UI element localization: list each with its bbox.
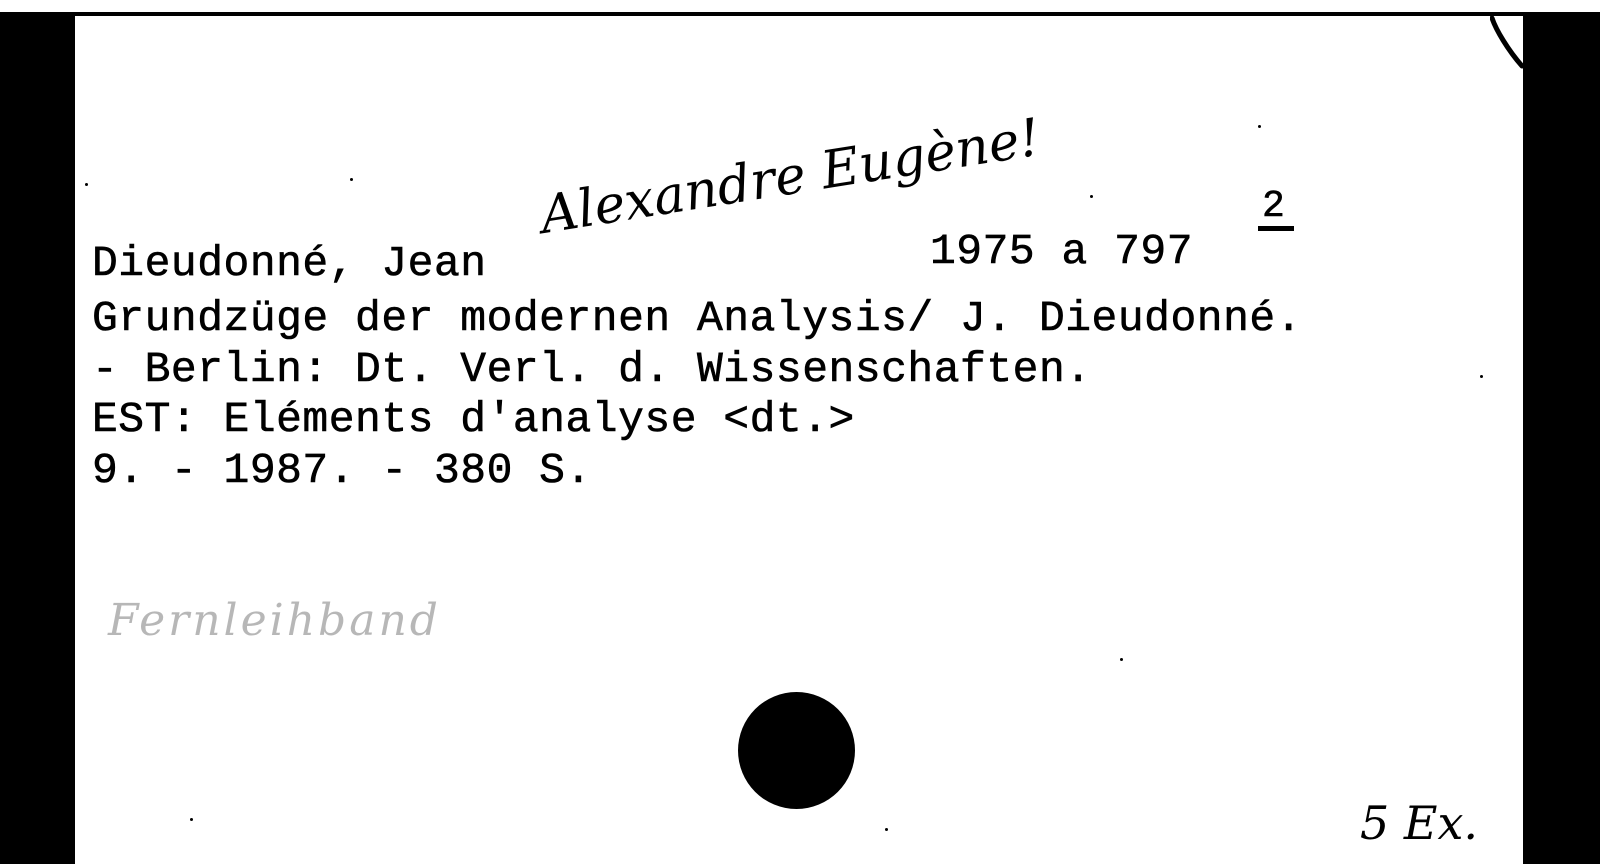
- speck: [885, 828, 888, 831]
- speck: [190, 818, 193, 821]
- scan-left-border: [0, 12, 75, 864]
- scan-right-border: [1523, 12, 1600, 864]
- publisher-line: - Berlin: Dt. Verl. d. Wissenschaften.: [92, 348, 1092, 391]
- speck: [1258, 125, 1261, 128]
- corner-pen-stroke-icon: [1490, 14, 1530, 74]
- volume-mark: 2: [1262, 188, 1285, 226]
- title-line: Grundzüge der modernen Analysis/ J. Dieu…: [92, 297, 1302, 340]
- speck: [350, 178, 353, 181]
- handwritten-copies-count: 5 Ex.: [1360, 800, 1478, 846]
- speck: [85, 183, 88, 186]
- volume-mark-underline: [1258, 226, 1294, 231]
- faint-stamp: Fernleihband: [108, 595, 441, 646]
- speck: [1090, 195, 1093, 198]
- speck: [1480, 375, 1483, 378]
- call-number: 1975 a 797: [930, 230, 1193, 273]
- punch-hole: [738, 692, 855, 809]
- original-title-line: EST: Eléments d'analyse <dt.>: [92, 398, 855, 441]
- top-margin-strip: [0, 0, 1600, 12]
- speck: [1120, 658, 1123, 661]
- author-line: Dieudonné, Jean: [92, 242, 487, 285]
- edition-year-pages-line: 9. - 1987. - 380 S.: [92, 449, 592, 492]
